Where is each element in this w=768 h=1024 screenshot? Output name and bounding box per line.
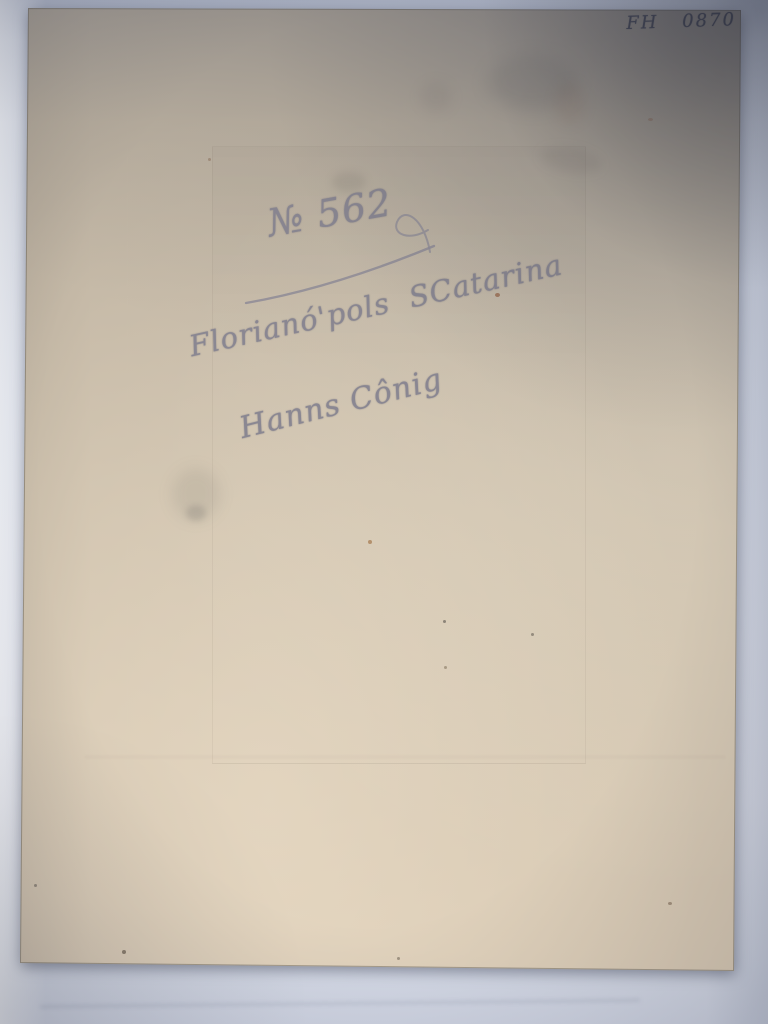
paper-sheet: FH 0870 № 562 Florianó'pols SCatarina Ha…: [0, 0, 768, 1024]
paper-shadow-wrap: FH 0870 № 562 Florianó'pols SCatarina Ha…: [0, 0, 768, 1024]
foxing-speck: [34, 884, 37, 887]
smudge-mark: [420, 82, 452, 112]
foxing-speck: [122, 950, 126, 954]
photo-backdrop: FH 0870 № 562 Florianó'pols SCatarina Ha…: [0, 0, 768, 1024]
print-impression-line: [85, 756, 725, 758]
foxing-speck: [668, 902, 672, 905]
foxing-speck: [648, 118, 653, 121]
foxing-speck: [397, 957, 400, 960]
inventory-code-inscription: FH 0870: [626, 9, 736, 34]
foxing-speck: [208, 158, 211, 161]
smudge-mark: [555, 82, 585, 124]
smudge-mark: [186, 505, 206, 521]
print-impression: [212, 146, 586, 764]
smudge-mark: [487, 55, 577, 110]
